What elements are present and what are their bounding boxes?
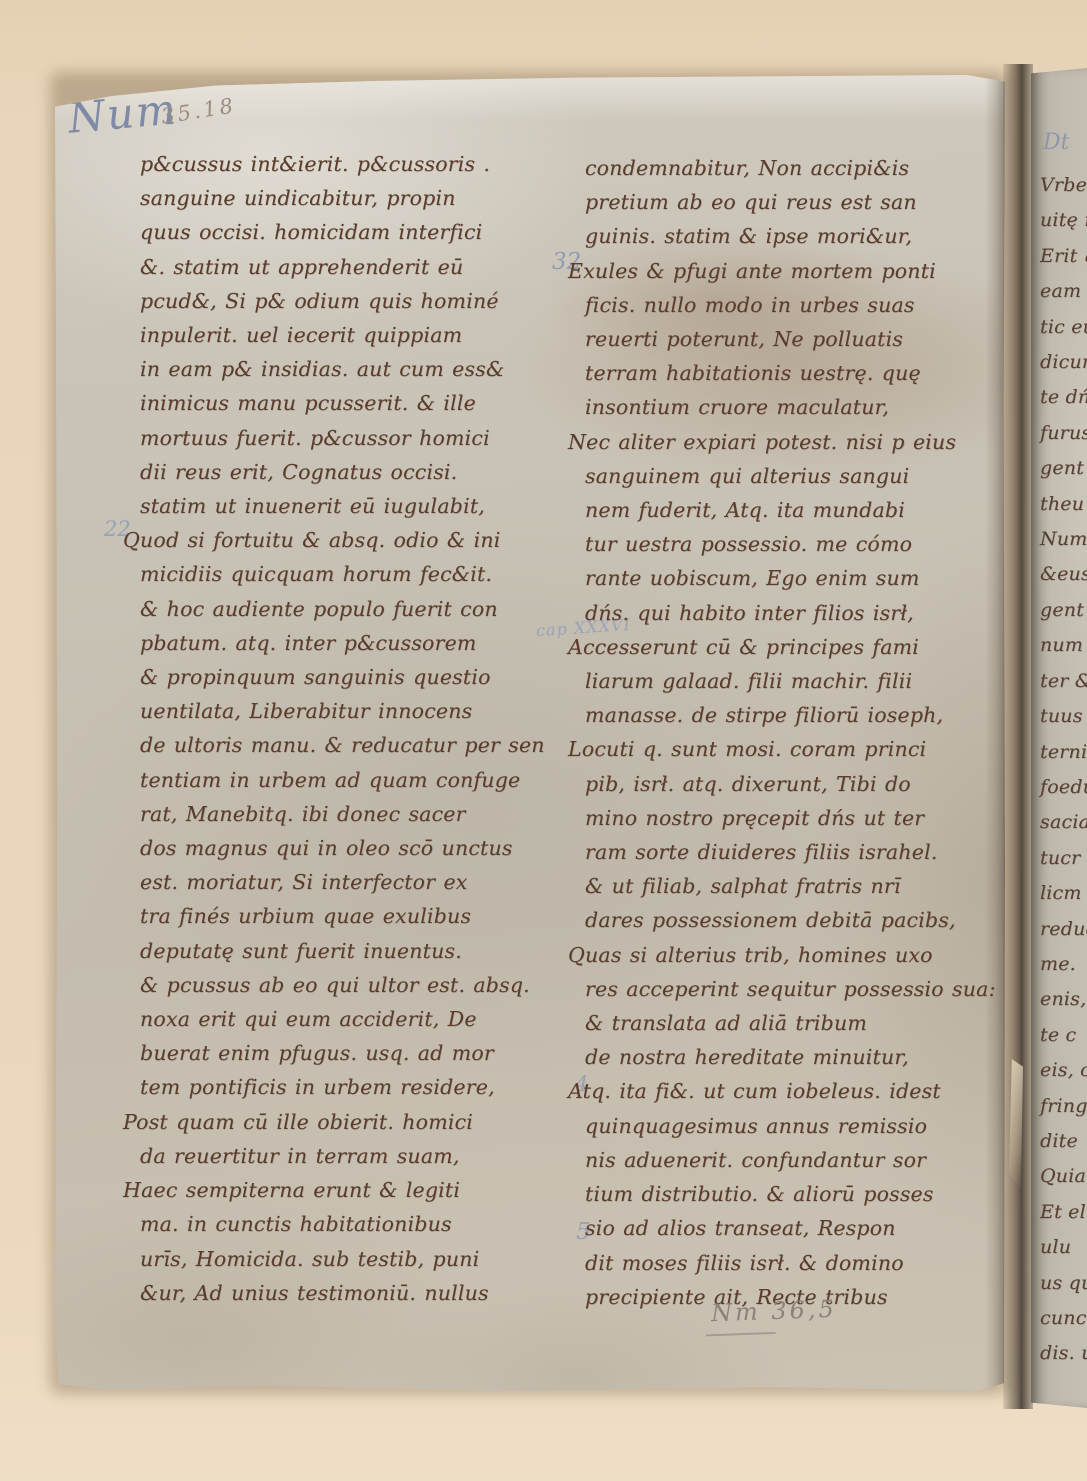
manuscript-line: dit moses filiis isrł. & domino — [585, 1246, 1021, 1280]
next-page-line: Quia — [1040, 1159, 1087, 1194]
manuscript-line: Quod si fortuitu & absq. odio & ini — [123, 523, 576, 557]
manuscript-line: da reuertitur in terram suam, — [140, 1139, 576, 1173]
next-page-line: dicur — [1040, 345, 1087, 380]
manuscript-line: Accesserunt cū & principes fami — [568, 630, 1021, 664]
manuscript-line: est. moriatur, Si interfector ex — [140, 865, 576, 899]
manuscript-line: pib, isrł. atq. dixerunt, Tibi do — [585, 767, 1021, 801]
manuscript-line: & ut filiab, salphat fratris nrī — [585, 869, 1021, 903]
manuscript-line: liarum galaad. filii machir. filii — [585, 664, 1021, 698]
manuscript-line: guinis. statim & ipse mori&ur, — [585, 219, 1021, 253]
manuscript-line: de nostra hereditate minuitur, — [585, 1040, 1021, 1074]
next-page-line: Erit q — [1040, 239, 1087, 274]
next-page-line: me. — [1040, 947, 1087, 982]
next-page-line: uitę r — [1040, 203, 1087, 238]
next-page-line: foedu — [1040, 770, 1087, 805]
manuscript-line: insontium cruore maculatur, — [585, 390, 1021, 424]
manuscript-line: ficis. nullo modo in urbes suas — [585, 288, 1021, 322]
next-page-line: te c — [1040, 1018, 1087, 1053]
next-page-line: licm — [1040, 876, 1087, 911]
manuscript-line: sio ad alios transeat, Respon — [585, 1211, 1021, 1245]
next-page-line: gent — [1040, 451, 1087, 486]
manuscript-line: & translata ad aliā tribum — [585, 1006, 1021, 1040]
next-page-line: eam — [1040, 274, 1087, 309]
next-page-line: fring — [1040, 1089, 1087, 1124]
manuscript-line: statim ut inuenerit eū iugulabit, — [140, 489, 576, 523]
manuscript-line: &ur, Ad unius testimoniū. nullus — [140, 1276, 576, 1310]
manuscript-line: dares possessionem debitā pacibs, — [585, 903, 1021, 937]
next-page-line: furus — [1040, 416, 1087, 451]
manuscript-line: sanguine uindicabitur, propin — [140, 181, 576, 215]
manuscript-line: Atq. ita fi&. ut cum iobeleus. idest — [568, 1074, 1021, 1108]
manuscript-line: pcud&, Si p& odium quis hominé — [140, 284, 576, 318]
next-page-book-annotation: Dt — [1043, 130, 1069, 155]
manuscript-photo: Num 35.18 22 32 cap XXXVI 4 5 p&cussus i… — [0, 0, 1087, 1481]
gutter-tear-highlight — [1009, 1059, 1023, 1189]
manuscript-line: inimicus manu pcusserit. & ille — [140, 386, 576, 420]
manuscript-line: tentiam in urbem ad quam confuge — [140, 763, 576, 797]
next-page-sliver: Dt Vrbeuitę rErit qeamtic eudicurte dńfu… — [1031, 68, 1087, 1408]
manuscript-line: & pcussus ab eo qui ultor est. absq. — [140, 968, 576, 1002]
manuscript-line: rante uobiscum, Ego enim sum — [585, 561, 1021, 595]
next-page-line: dite — [1040, 1124, 1087, 1159]
next-page-line: terni — [1040, 735, 1087, 770]
next-page-line: tuus — [1040, 699, 1087, 734]
manuscript-line: buerat enim pfugus. usq. ad mor — [140, 1036, 576, 1070]
manuscript-line: quus occisi. homicidam interfici — [140, 215, 576, 249]
next-page-line: eis, co — [1040, 1053, 1087, 1088]
manuscript-line: dii reus erit, Cognatus occisi. — [140, 455, 576, 489]
manuscript-line: manasse. de stirpe filiorū ioseph, — [585, 698, 1021, 732]
manuscript-line: condemnabitur, Non accipi&is — [585, 151, 1021, 185]
manuscript-line: noxa erit qui eum acciderit, De — [140, 1002, 576, 1036]
manuscript-line: Quas si alterius trib, homines uxo — [568, 938, 1021, 972]
next-page-line: sacia — [1040, 805, 1087, 840]
next-page-line: theu — [1040, 487, 1087, 522]
manuscript-line: tra finés urbium quae exulibus — [140, 899, 576, 933]
manuscript-line: uentilata, Liberabitur innocens — [140, 694, 576, 728]
manuscript-line: micidiis quicquam horum fec&it. — [140, 557, 576, 591]
manuscript-line: ram sorte diuideres filiis israhel. — [585, 835, 1021, 869]
manuscript-line: quinquagesimus annus remissio — [585, 1109, 1021, 1143]
next-page-line: ter & — [1040, 664, 1087, 699]
gutter-shadow — [1003, 64, 1033, 1409]
next-page-line: Et el — [1040, 1195, 1087, 1230]
manuscript-line: pbatum. atq. inter p&cussorem — [140, 626, 576, 660]
manuscript-line: p&cussus int&ierit. p&cussoris . — [140, 147, 576, 181]
manuscript-line: tem pontificis in urbem residere, — [140, 1070, 576, 1104]
next-page-line: enis, — [1040, 982, 1087, 1017]
text-column-right: condemnabitur, Non accipi&ispretium ab e… — [585, 151, 1021, 1314]
next-page-line: Vrbe — [1040, 168, 1087, 203]
manuscript-line: deputatę sunt fuerit inuentus. — [140, 934, 576, 968]
next-page-line: us qu — [1040, 1266, 1087, 1301]
next-page-line: dis. ua — [1040, 1336, 1087, 1371]
next-page-text: Vrbeuitę rErit qeamtic eudicurte dńfurus… — [1040, 168, 1087, 1372]
manuscript-line: ma. in cunctis habitationibus — [140, 1207, 576, 1241]
manuscript-line: pretium ab eo qui reus est san — [585, 185, 1021, 219]
manuscript-line: tur uestra possessio. me cómo — [585, 527, 1021, 561]
next-page-line: tic eu — [1040, 310, 1087, 345]
next-page-line: gent — [1040, 593, 1087, 628]
manuscript-line: de ultoris manu. & reducatur per sen — [140, 728, 576, 762]
text-column-left: p&cussus int&ierit. p&cussoris .sanguine… — [140, 147, 576, 1310]
manuscript-line: sanguinem qui alterius sangui — [585, 459, 1021, 493]
manuscript-line: mino nostro pręcepit dńs ut ter — [585, 801, 1021, 835]
manuscript-line: Post quam cū ille obierit. homici — [123, 1105, 576, 1139]
manuscript-line: nem fuderit, Atq. ita mundabi — [585, 493, 1021, 527]
manuscript-line: nis aduenerit. confundantur sor — [585, 1143, 1021, 1177]
bottom-reference-annotation: Nm 36,5 — [711, 1295, 838, 1327]
manuscript-line: tium distributio. & aliorū posses — [585, 1177, 1021, 1211]
manuscript-line: terram habitationis uestrę. quę — [585, 356, 1021, 390]
next-page-line: num — [1040, 628, 1087, 663]
manuscript-line: mortuus fuerit. p&cussor homici — [140, 421, 576, 455]
manuscript-line: inpulerit. uel iecerit quippiam — [140, 318, 576, 352]
next-page-line: ulu — [1040, 1230, 1087, 1265]
manuscript-line: Nec aliter expiari potest. nisi p eius — [568, 425, 1021, 459]
manuscript-line: res acceperint sequitur possessio sua: — [585, 972, 1021, 1006]
manuscript-line: rat, Manebitq. ibi donec sacer — [140, 797, 576, 831]
manuscript-line: & propinquum sanguinis questio — [140, 660, 576, 694]
manuscript-line: dńs. qui habito inter filios isrł, — [585, 596, 1021, 630]
manuscript-line: Haec sempiterna erunt & legiti — [123, 1173, 576, 1207]
manuscript-page: Num 35.18 22 32 cap XXXVI 4 5 p&cussus i… — [55, 75, 1005, 1391]
next-page-line: Num — [1040, 522, 1087, 557]
next-page-line: tucr — [1040, 841, 1087, 876]
manuscript-line: reuerti poterunt, Ne polluatis — [585, 322, 1021, 356]
manuscript-line: dos magnus qui in oleo scō unctus — [140, 831, 576, 865]
next-page-line: te dń — [1040, 380, 1087, 415]
next-page-line: &eus — [1040, 557, 1087, 592]
manuscript-line: in eam p& insidias. aut cum ess& — [140, 352, 576, 386]
manuscript-line: Exules & pfugi ante mortem ponti — [568, 254, 1021, 288]
next-page-line: cunct — [1040, 1301, 1087, 1336]
next-page-line: reduc — [1040, 912, 1087, 947]
manuscript-line: & hoc audiente populo fuerit con — [140, 592, 576, 626]
manuscript-line: &. statim ut apprehenderit eū — [140, 250, 576, 284]
manuscript-line: Locuti q. sunt mosi. coram princi — [568, 732, 1021, 766]
manuscript-line: urīs, Homicida. sub testib, puni — [140, 1242, 576, 1276]
